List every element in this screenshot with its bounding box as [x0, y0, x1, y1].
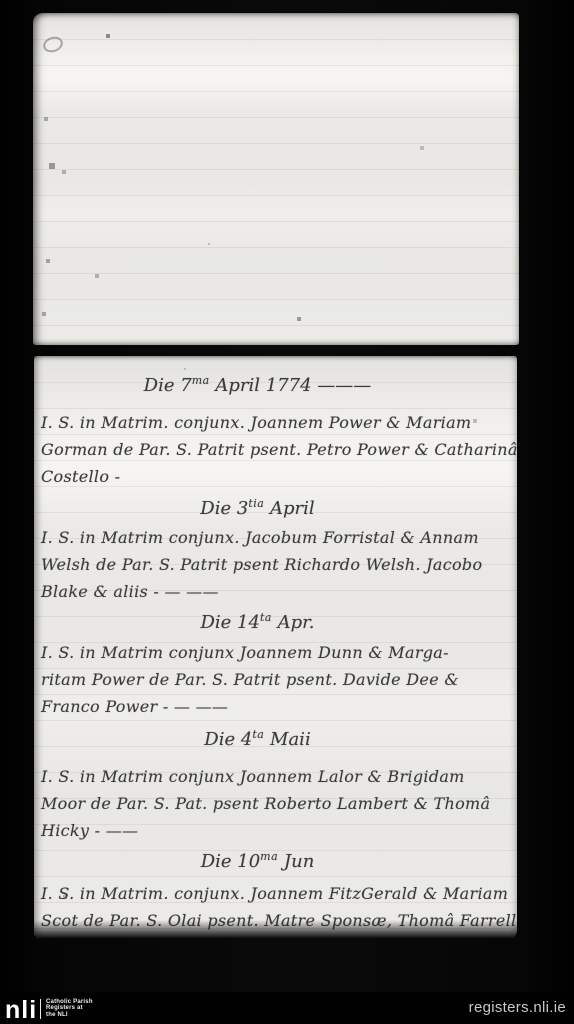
entry-date-heading: Die 14ta Apr. [34, 605, 517, 636]
entry-date-heading: Die 4ta Maii [34, 722, 517, 753]
entry-text-line: I. S. in Matrim. conjunx. Joannem FitzGe… [34, 880, 517, 907]
program-label-line: the NLI [46, 1012, 93, 1019]
register-entry: Die 4ta Maii I. S. in Matrim conjunx Joa… [34, 722, 517, 844]
program-label: Catholic Parish Registers at the NLI [46, 999, 93, 1019]
heading-text: Die 14 [200, 612, 259, 633]
entry-text-line: Gorman de Par. S. Patrit psent. Petro Po… [34, 436, 517, 463]
entry-text-line: Welsh de Par. S. Patrit psent Richardo W… [34, 551, 517, 578]
heading-text: April 1774 ——— [210, 375, 372, 396]
heading-superscript: ta [252, 728, 264, 741]
register-entry: Die 10ma Jun I. S. in Matrim. conjunx. J… [34, 844, 517, 938]
register-page-entries: Die 7ma April 1774 ——— I. S. in Matrim. … [34, 356, 517, 938]
entry-text-line: Moor de Par. S. Pat. psent Roberto Lambe… [34, 790, 517, 817]
entry-text-line: Blake & aliis - — —— [34, 578, 517, 605]
heading-superscript: ma [192, 374, 210, 387]
heading-superscript: ta [260, 611, 272, 624]
heading-text: Maii [264, 729, 310, 750]
entry-text-line: Hicky - —— [34, 817, 517, 844]
entry-text-line: I. S. in Matrim conjunx Joannem Dunn & M… [34, 639, 517, 666]
footer-bar: nli Catholic Parish Registers at the NLI… [0, 992, 574, 1024]
entry-text-line: I. S. in Matrim conjunx. Jacobum Forrist… [34, 524, 517, 551]
ink-smudge-mark [41, 34, 65, 54]
blank-register-page [33, 13, 519, 345]
logo-divider [40, 999, 41, 1019]
heading-text: April [264, 498, 314, 519]
heading-text: Die 3 [200, 498, 248, 519]
heading-text: Die 4 [204, 729, 252, 750]
heading-text: Jun [278, 851, 314, 872]
entry-text-line: Scot de Par. S. Olai psent. Matre Sponsæ… [34, 907, 517, 934]
register-entry: Die 7ma April 1774 ——— I. S. in Matrim. … [34, 368, 517, 490]
register-entry: Die 3tia April I. S. in Matrim conjunx. … [34, 491, 517, 605]
entry-text-line: I. S. in Matrim. conjunx. Joannem Power … [34, 409, 517, 436]
heading-text: Apr. [272, 612, 315, 633]
entry-text-line: ritam Power de Par. S. Patrit psent. Dav… [34, 666, 517, 693]
heading-superscript: tia [248, 497, 264, 510]
register-entry: Die 14ta Apr. I. S. in Matrim conjunx Jo… [34, 605, 517, 720]
manuscript-text: Die 7ma April 1774 ——— I. S. in Matrim. … [34, 356, 517, 938]
entry-date-heading: Die 7ma April 1774 ——— [34, 368, 517, 399]
entry-text-line: I. S. in Matrim conjunx Joannem Lalor & … [34, 763, 517, 790]
heading-text: Die 7 [144, 375, 192, 396]
entry-date-heading: Die 10ma Jun [34, 844, 517, 875]
heading-text: Die 10 [201, 851, 260, 872]
entry-text-line: Franco Power - — —— [34, 693, 517, 720]
nli-logo: nli [5, 1000, 37, 1020]
entry-text-line: & aliis - — —— —— [34, 934, 517, 938]
paper-specks [33, 13, 35, 15]
heading-superscript: ma [260, 850, 278, 863]
entry-text-line: Costello - [34, 463, 517, 490]
register-scan-photo: Die 7ma April 1774 ——— I. S. in Matrim. … [0, 0, 574, 1024]
entry-date-heading: Die 3tia April [34, 491, 517, 522]
website-url-label: registers.nli.ie [469, 999, 566, 1016]
